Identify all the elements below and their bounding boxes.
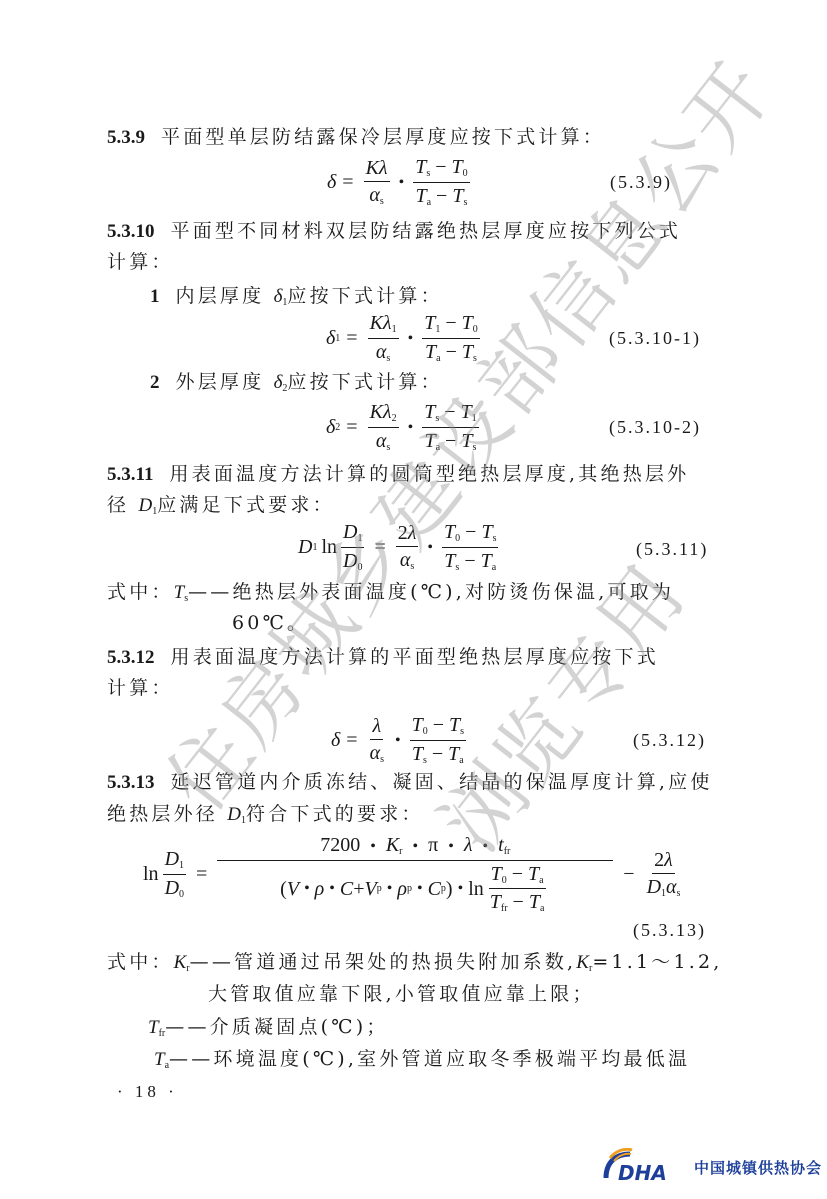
equation-number: (5.3.9) xyxy=(610,172,672,193)
text: 径 xyxy=(107,494,129,516)
section-heading-continued: 计算： xyxy=(107,679,174,698)
section-heading-continued: 绝热层外径 D1符合下式的要求： xyxy=(107,805,424,826)
section-heading-text: 平面型不同材料双层防结露绝热层厚度应按下列公式 xyxy=(171,220,682,242)
section-5-3-12-heading: 5.3.12用表面温度方法计算的平面型绝热层厚度应按下式 xyxy=(107,648,659,667)
where-prefix: 式中： xyxy=(107,581,174,603)
definition-text: ——介质凝固点(℃)； xyxy=(165,1016,388,1038)
text: 绝热层外径 xyxy=(107,803,218,825)
equation-number: (5.3.11) xyxy=(636,539,708,560)
cdha-logo-mark: DHA xyxy=(600,1148,686,1186)
section-heading-text: 用表面温度方法计算的圆筒型绝热层厚度,其绝热层外 xyxy=(169,463,689,485)
item-number: 1 xyxy=(150,286,160,307)
cdha-logo-name: 中国城镇供热协会 xyxy=(694,1157,822,1178)
item-2-outer-layer: 2外层厚度 δ2应按下式计算： xyxy=(150,373,443,394)
where-ts: 式中：Ts——绝热层外表面温度(℃),对防烫伤保温,可取为 xyxy=(107,583,674,604)
where-prefix: 式中： xyxy=(107,951,174,973)
where-ta: Ta——环境温度(℃),室外管道应取冬季极端平均最低温 xyxy=(154,1050,690,1071)
equation-number: (5.3.10-2) xyxy=(609,417,701,438)
definition-text: ——管道通过吊架处的热损失附加系数, xyxy=(190,951,577,973)
definition-text: ——绝热层外表面温度(℃),对防烫伤保温,可取为 xyxy=(188,581,674,603)
equation-5-3-10-2: δ2= Kλ2αs • Ts − T1Ta − Ts xyxy=(326,402,483,453)
equation-number: (5.3.12) xyxy=(633,730,706,751)
where-kr: 式中：Kr——管道通过吊架处的热损失附加系数,Kr=1.1～1.2, xyxy=(107,953,723,974)
item-text: 应按下式计算： xyxy=(287,371,442,393)
definition-text: =1.1～1.2, xyxy=(592,951,722,973)
equation-5-3-12: δ= λαs • T0 − TsTs − Ta xyxy=(331,715,470,766)
item-text: 应按下式计算： xyxy=(287,285,442,307)
document-page: 5.3.9平面型单层防结露保冷层厚度应按下式计算： δ= Kλαs • Ts −… xyxy=(0,0,827,1199)
page-number: · 18 · xyxy=(117,1082,178,1102)
signal-arc-icon: DHA xyxy=(600,1148,686,1186)
equation-5-3-10-1: δ1= Kλ1αs • T1 − T0Ta − Ts xyxy=(326,313,484,364)
section-number: 5.3.12 xyxy=(107,647,155,668)
section-number: 5.3.10 xyxy=(107,221,155,242)
section-heading-continued: 径 D1应满足下式要求： xyxy=(107,496,335,517)
equation-5-3-13: ln D1D0 = 7200 • Kr • π • λ • tfr (V•ρ•C… xyxy=(143,835,686,915)
section-heading-continued: 计算： xyxy=(107,253,174,272)
section-number: 5.3.11 xyxy=(107,464,153,485)
where-tfr: Tfr——介质凝固点(℃)； xyxy=(148,1018,389,1039)
section-number: 5.3.13 xyxy=(107,772,155,793)
section-heading-text: 平面型单层防结露保冷层厚度应按下式计算： xyxy=(161,126,605,148)
item-text: 外层厚度 xyxy=(176,371,265,393)
section-5-3-9-heading: 5.3.9平面型单层防结露保冷层厚度应按下式计算： xyxy=(107,128,605,147)
section-heading-text: 延迟管道内介质冻结、凝固、结晶的保温厚度计算,应使 xyxy=(171,771,713,793)
cdha-logo: DHA 中国城镇供热协会 xyxy=(600,1148,822,1186)
equation-5-3-11: D1ln D1D0 = 2λαs • T0 − TsTs − Ta xyxy=(298,522,502,573)
section-5-3-10-heading: 5.3.10平面型不同材料双层防结露绝热层厚度应按下列公式 xyxy=(107,222,681,241)
section-heading-text: 用表面温度方法计算的平面型绝热层厚度应按下式 xyxy=(171,646,659,668)
svg-text:DHA: DHA xyxy=(618,1161,667,1185)
item-text: 内层厚度 xyxy=(176,285,265,307)
where-kr-continued: 大管取值应靠下限,小管取值应靠上限； xyxy=(208,985,595,1004)
equation-number: (5.3.13) xyxy=(633,920,706,941)
section-5-3-11-heading: 5.3.11用表面温度方法计算的圆筒型绝热层厚度,其绝热层外 xyxy=(107,465,689,484)
section-5-3-13-heading: 5.3.13延迟管道内介质冻结、凝固、结晶的保温厚度计算,应使 xyxy=(107,773,713,792)
item-number: 2 xyxy=(150,372,160,393)
text: 应满足下式要求： xyxy=(157,494,335,516)
where-ts-continued: 60℃。 xyxy=(232,614,309,633)
item-1-inner-layer: 1内层厚度 δ1应按下式计算： xyxy=(150,287,443,308)
text: 符合下式的要求： xyxy=(246,803,424,825)
definition-text: ——环境温度(℃),室外管道应取冬季极端平均最低温 xyxy=(169,1048,690,1070)
equation-5-3-9: δ= Kλαs • Ts − T0Ta − Ts xyxy=(327,157,474,208)
section-number: 5.3.9 xyxy=(107,127,145,148)
equation-number: (5.3.10-1) xyxy=(609,328,701,349)
